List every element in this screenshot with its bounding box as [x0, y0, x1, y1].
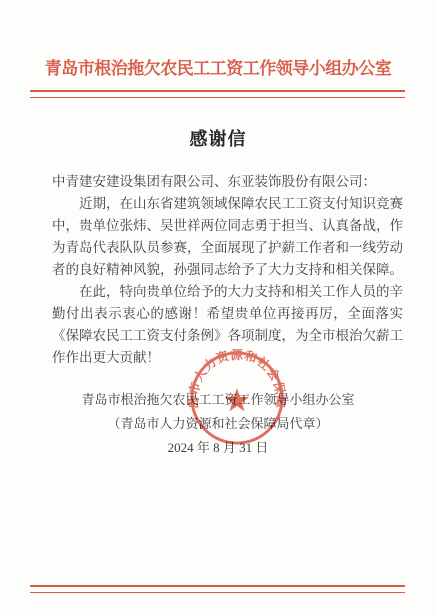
signature-behalf: （青岛市人力资源和社会保障局代章）	[0, 412, 436, 436]
salutation: 中青建安建设集团有限公司、东亚装饰股份有限公司：	[52, 171, 403, 193]
signature-block: 青岛市根治拖欠农民工工资工作领导小组办公室 （青岛市人力资源和社会保障局代章） …	[0, 388, 436, 460]
letter-page: 青岛市根治拖欠农民工工资工作领导小组办公室 感谢信 中青建安建设集团有限公司、东…	[0, 0, 436, 616]
paragraph-2: 在此，特向贵单位给予的大力支持和相关工作人员的辛勤付出表示衷心的感谢！希望贵单位…	[52, 281, 403, 369]
signature-org: 青岛市根治拖欠农民工工资工作领导小组办公室	[0, 388, 436, 412]
letterhead-divider	[30, 90, 405, 98]
footer-divider	[30, 585, 405, 593]
signature-date: 2024 年 8 月 31 日	[0, 436, 436, 460]
paragraph-1: 近期，在山东省建筑领域保障农民工工资支付知识竞赛中，贵单位张炜、吴世祥两位同志勇…	[52, 193, 403, 281]
letter-body: 中青建安建设集团有限公司、东亚装饰股份有限公司： 近期，在山东省建筑领域保障农民…	[52, 171, 403, 369]
letterhead-title: 青岛市根治拖欠农民工工资工作领导小组办公室	[0, 54, 436, 79]
letter-title: 感谢信	[0, 125, 436, 151]
